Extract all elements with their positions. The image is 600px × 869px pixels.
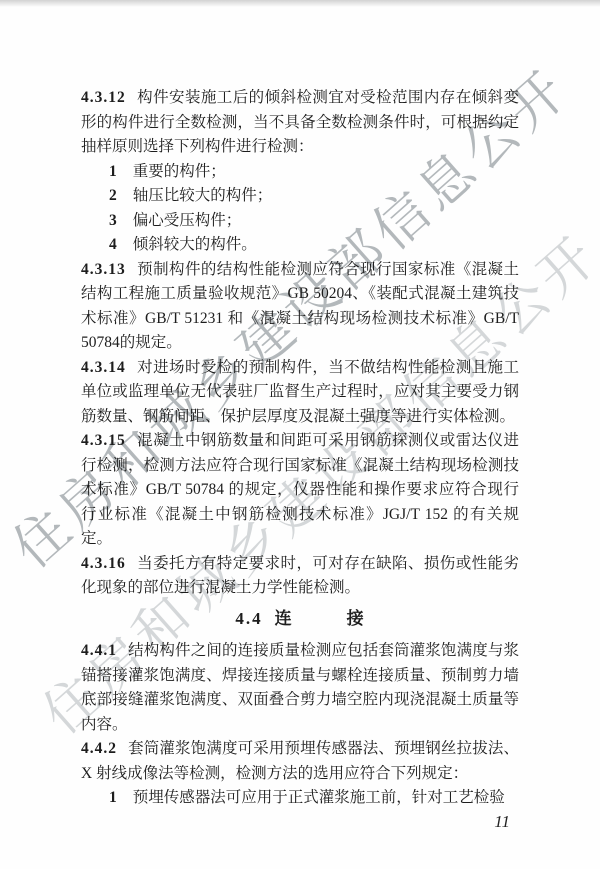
clause-4-4-2: 4.4.2套筒灌浆饱满度可采用预埋传感器法、预埋钢丝拉拔法、X 射线成像法等检测… <box>81 737 519 786</box>
clause-text: 混凝土中钢筋数量和间距可采用钢筋探测仪或雷达仪进行检测，检测方法应符合现行国家标… <box>81 432 519 547</box>
list-item-number: 1 <box>109 163 117 180</box>
clause-text: 预制构件的结构性能检测应符合现行国家标准《混凝土结构工程施工质量验收规范》GB … <box>81 261 519 352</box>
scan-edge-shadow <box>0 0 600 7</box>
list-item-text: 偏心受压构件； <box>133 212 242 229</box>
clause-number: 4.4.1 <box>81 642 117 659</box>
list-item-text: 轴压比较大的构件； <box>133 187 273 204</box>
list-item-number: 3 <box>109 212 117 229</box>
page-content: 4.3.12构件安装施工后的倾斜检测宜对受检范围内存在倾斜变形的构件进行全数检测… <box>81 86 519 811</box>
list-item-2: 2轴压比较大的构件； <box>81 184 519 209</box>
section-heading-4-4: 4.4连 接 <box>81 607 519 632</box>
list-item-number: 1 <box>109 789 117 806</box>
clause-4-3-13: 4.3.13预制构件的结构性能检测应符合现行国家标准《混凝土结构工程施工质量验收… <box>81 258 519 356</box>
list-item-4-4-2-1: 1预埋传感器法可应用于正式灌浆施工前，针对工艺检验 <box>81 786 519 811</box>
clause-text: 对进场时受检的预制构件，当不做结构性能检测且施工单位或监理单位无代表驻厂监督生产… <box>81 359 519 425</box>
list-item-4: 4倾斜较大的构件。 <box>81 233 519 258</box>
clause-text: 构件安装施工后的倾斜检测宜对受检范围内存在倾斜变形的构件进行全数检测，当不具备全… <box>81 89 519 155</box>
clause-number: 4.3.15 <box>81 432 126 449</box>
clause-number: 4.3.14 <box>81 359 126 376</box>
list-item-text: 重要的构件； <box>133 163 226 180</box>
clause-text: 套筒灌浆饱满度可采用预埋传感器法、预埋钢丝拉拔法、X 射线成像法等检测，检测方法… <box>81 740 519 782</box>
list-item-number: 4 <box>109 236 117 253</box>
list-item-1: 1重要的构件； <box>81 160 519 185</box>
page-number: 11 <box>494 812 510 832</box>
clause-text: 当委托方有特定要求时，可对存在缺陷、损伤或性能劣化现象的部位进行混凝土力学性能检… <box>81 555 519 597</box>
clause-4-4-1: 4.4.1结构构件之间的连接质量检测应包括套筒灌浆饱满度与浆锚搭接灌浆饱满度、焊… <box>81 639 519 737</box>
list-item-3: 3偏心受压构件； <box>81 209 519 234</box>
clause-4-3-16: 4.3.16当委托方有特定要求时，可对存在缺陷、损伤或性能劣化现象的部位进行混凝… <box>81 552 519 601</box>
clause-4-3-12: 4.3.12构件安装施工后的倾斜检测宜对受检范围内存在倾斜变形的构件进行全数检测… <box>81 86 519 160</box>
clause-number: 4.4.2 <box>81 740 117 757</box>
clause-number: 4.3.13 <box>81 261 126 278</box>
list-item-number: 2 <box>109 187 117 204</box>
document-page: 住房和城乡建设部信息公开 住房和城乡建设部信息公开 4.3.12构件安装施工后的… <box>0 0 600 869</box>
clause-number: 4.3.12 <box>81 89 126 106</box>
clause-text: 结构构件之间的连接质量检测应包括套筒灌浆饱满度与浆锚搭接灌浆饱满度、焊接连接质量… <box>81 642 519 733</box>
clause-number: 4.3.16 <box>81 555 126 572</box>
clause-4-3-14: 4.3.14对进场时受检的预制构件，当不做结构性能检测且施工单位或监理单位无代表… <box>81 356 519 430</box>
section-number: 4.4 <box>235 609 262 628</box>
list-item-text: 预埋传感器法可应用于正式灌浆施工前，针对工艺检验 <box>133 789 505 806</box>
list-item-text: 倾斜较大的构件。 <box>133 236 257 253</box>
clause-4-3-15: 4.3.15混凝土中钢筋数量和间距可采用钢筋探测仪或雷达仪进行检测，检测方法应符… <box>81 429 519 552</box>
section-title: 连 接 <box>275 609 365 628</box>
